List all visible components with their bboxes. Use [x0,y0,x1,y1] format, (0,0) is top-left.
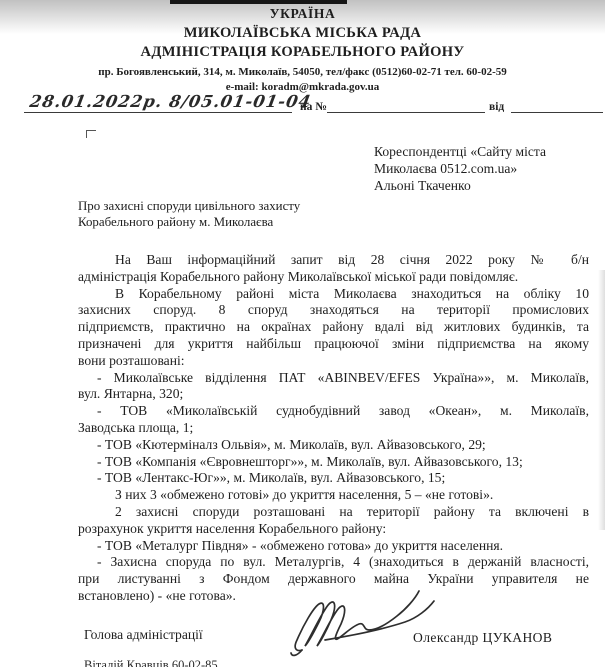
signer-position: Голова адміністрації [84,627,203,643]
body-line: - ТОВ «Кютерміналз Ольвія», м. Миколаїв,… [78,437,589,454]
letter-body: На Ваш інформаційний запит від 28 січня … [78,252,589,605]
executor-line: Віталій Кравців 60-02-85 [84,658,218,667]
reference-line-2 [327,112,485,113]
body-line: - ТОВ «Лентакс-Юг»», м. Миколаїв, вул. А… [78,470,589,487]
reference-line-3 [511,112,603,113]
reference-line-1 [24,112,292,113]
from-label: від [489,101,504,113]
body-line: вони розташовані: [78,353,589,370]
body-line: - ТОВ «Металург Півдня» - «обмежено гото… [78,538,589,555]
on-number-label: на № [300,101,327,113]
recipient-line: Альоні Ткаченко [374,177,546,194]
subject-block: Про захисні споруди цивільного захисту К… [78,198,300,230]
body-line: - Захисна споруда по вул. Металургів, 4 … [78,554,589,571]
signer-name: Олександр ЦУКАНОВ [413,630,552,646]
body-line: - ТОВ «Компанія «Євровнешторг»», м. Мико… [78,454,589,471]
header-administration: АДМІНІСТРАЦІЯ КОРАБЕЛЬНОГО РАЙОНУ [0,44,605,61]
header-country: УКРАЇНА [0,6,605,22]
body-line: розрахунок укриття населення Корабельног… [78,521,589,538]
handwritten-date-number: 28.01.2022р. 8/05.01-01-04 [28,92,313,111]
body-line: призначені для укриття найбільш працюючо… [78,336,589,353]
header-address: пр. Богоявленський, 314, м. Миколаїв, 54… [0,66,605,78]
subject-line: Про захисні споруди цивільного захисту [78,198,300,214]
recipient-block: Кореспондентці «Сайту міста Миколаєва 05… [374,143,546,194]
body-line: На Ваш інформаційний запит від 28 січня … [78,252,589,269]
body-line: підприємств, практично на окраїнах район… [78,319,589,336]
body-line: В Корабельному районі міста Миколаєва зн… [78,286,589,303]
scan-artifact-bar [170,0,347,4]
signature-scrawl [288,580,463,660]
body-line: З них 3 «обмежено готові» до укриття нас… [78,487,589,504]
body-line: - Миколаївське відділення ПАТ «ABINBEV/E… [78,370,589,387]
body-line: Заводська площа, 1; [78,420,589,437]
body-line: адміністрація Корабельного району Микола… [78,269,589,286]
body-line: 2 захисні споруди розташовані на територ… [78,504,589,521]
subject-line: Корабельного району м. Миколаєва [78,214,300,230]
recipient-line: Миколаєва 0512.com.ua» [374,160,546,177]
body-line: захисних споруд. 8 споруд знаходяться на… [78,302,589,319]
header-council: МИКОЛАЇВСЬКА МІСЬКА РАДА [0,25,605,42]
body-line: вул. Янтарна, 320; [78,386,589,403]
recipient-line: Кореспондентці «Сайту міста [374,143,546,160]
body-line: - ТОВ «Миколаївській суднобудівний завод… [78,403,589,420]
scan-edge-shade [598,270,605,530]
document-page: УКРАЇНА МИКОЛАЇВСЬКА МІСЬКА РАДА АДМІНІС… [0,0,605,667]
address-corner-mark [86,130,96,138]
